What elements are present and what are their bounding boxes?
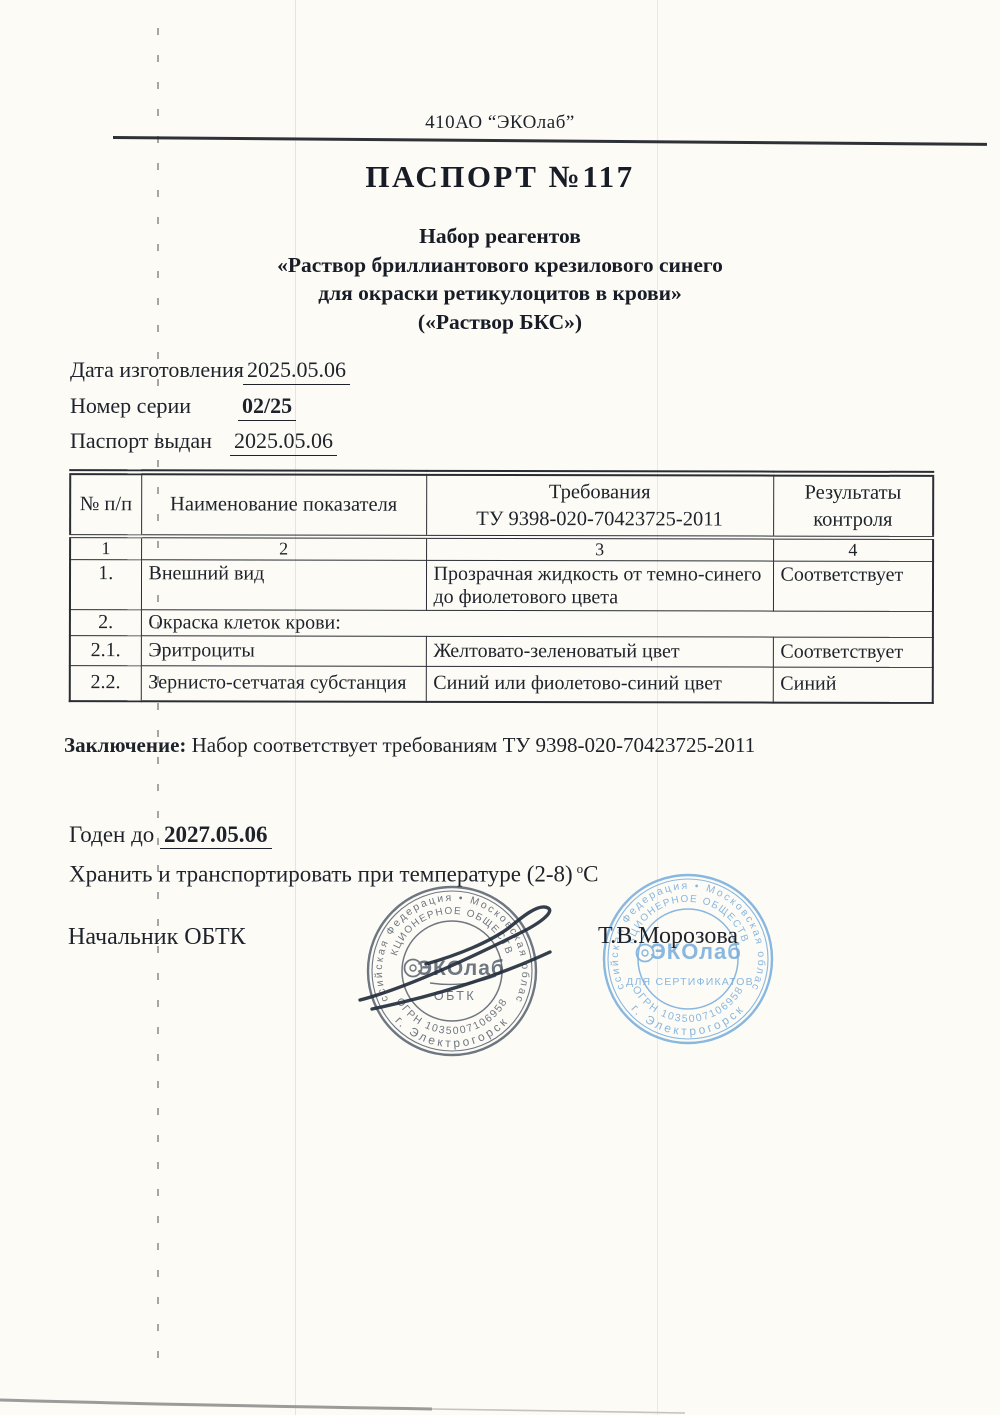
row-result: Синий <box>773 667 933 702</box>
conclusion-line: Заключение: Набор соответствует требован… <box>64 733 844 758</box>
subtitle-line-2: «Раствор бриллиантового крезилового сине… <box>0 251 1000 280</box>
paper-crease <box>295 0 296 1415</box>
storage-label: Хранить и транспортировать при температу… <box>69 862 521 887</box>
results-line-2: контроля <box>813 508 892 530</box>
table-row: 2.2. Зернисто-сетчатая субстанция Синий … <box>70 666 933 703</box>
page-title: ПАСПОРТ №117 <box>0 159 1000 195</box>
column-numbers-row: 1 2 3 4 <box>70 536 933 561</box>
col-number: 3 <box>426 537 773 561</box>
row-name: Внешний вид <box>141 560 426 611</box>
header-divider <box>113 136 987 146</box>
signoff-name: Т.В.Морозова <box>598 923 738 950</box>
passport-issued-label: Паспорт выдан <box>70 428 212 453</box>
row-name: Эритроциты <box>141 636 426 667</box>
paper-crease <box>657 0 658 1415</box>
row-result: Соответствует <box>773 561 933 611</box>
subtitle-line-1: Набор реагентов <box>0 222 1000 251</box>
signature <box>342 892 572 1022</box>
qc-table-wrap: № п/п Наименование показателя Требования… <box>69 469 933 703</box>
expiry-line: Годен до 2027.05.06 <box>69 822 272 848</box>
subtitle-line-4: («Раствор БКС») <box>0 308 1000 337</box>
certificates-round-stamp: Российская Федерация • Московская област… <box>593 864 783 1054</box>
col-number: 1 <box>70 536 141 560</box>
qc-table: № п/п Наименование показателя Требования… <box>69 469 934 703</box>
row-num: 2.1. <box>70 636 141 666</box>
org-header: 410АО “ЭКОлаб” <box>0 112 1000 134</box>
requirements-line-2: ТУ 9398-020-70423725-2011 <box>476 507 723 530</box>
scanned-passport-page: 410АО “ЭКОлаб” ПАСПОРТ №117 Набор реаген… <box>0 0 1000 1415</box>
series-number-value: 02/25 <box>238 393 296 421</box>
table-header-row: № п/п Наименование показателя Требования… <box>70 472 933 538</box>
requirements-line-1: Требования <box>549 481 651 503</box>
row-num: 1. <box>70 560 141 610</box>
scan-edge-line <box>0 1392 690 1415</box>
subtitle-line-3: для окраски ретикулоцитов в крови» <box>0 279 1000 308</box>
conclusion-text: Набор соответствует требованиям ТУ 9398-… <box>192 733 756 757</box>
header-cell-requirements: Требования ТУ 9398-020-70423725-2011 <box>426 473 773 538</box>
storage-unit: С <box>583 862 598 887</box>
signoff-position: Начальник ОБТК <box>68 924 246 951</box>
header-cell-num: № п/п <box>70 472 141 536</box>
conclusion-label: Заключение: <box>64 733 186 757</box>
table-row: 2. Окраска клеток крови: <box>70 610 933 638</box>
manufacture-date-value: 2025.05.06 <box>243 357 350 385</box>
document-subtitle: Набор реагентов «Раствор бриллиантового … <box>0 222 1000 336</box>
row-name: Зернисто-сетчатая субстанция <box>141 666 426 702</box>
storage-range: (2-8) <box>527 862 573 887</box>
row-name: Окраска клеток крови: <box>141 610 933 638</box>
expiry-label: Годен до <box>69 822 154 847</box>
row-requirement: Синий или фиолетово-синий цвет <box>426 666 773 702</box>
paper-fold-line <box>157 28 159 1358</box>
expiry-value: 2027.05.06 <box>160 822 272 849</box>
series-number-label: Номер серии <box>70 393 191 418</box>
stamp-certificates-text: ДЛЯ СЕРТИФИКАТОВ <box>626 976 754 988</box>
col-number: 2 <box>141 536 426 560</box>
col-number: 4 <box>773 538 933 562</box>
row-requirement: Прозрачная жидкость от темно-синего до ф… <box>426 560 773 611</box>
row-num: 2.2. <box>70 666 141 701</box>
field-manufacture-date: Дата изготовления 2025.05.06 <box>70 357 500 385</box>
header-cell-results: Результаты контроля <box>773 474 933 538</box>
results-line-1: Результаты <box>805 481 902 503</box>
table-row: 1. Внешний вид Прозрачная жидкость от те… <box>70 560 933 612</box>
field-series-number: Номер серии 02/25 <box>70 393 500 421</box>
row-num: 2. <box>70 610 141 636</box>
row-result: Соответствует <box>773 637 933 667</box>
field-passport-issued: Паспорт выдан 2025.05.06 <box>70 428 500 456</box>
table-row: 2.1. Эритроциты Желтовато-зеленоватый цв… <box>70 636 933 668</box>
header-cell-name: Наименование показателя <box>141 472 426 537</box>
row-requirement: Желтовато-зеленоватый цвет <box>426 636 773 667</box>
passport-issued-value: 2025.05.06 <box>230 428 337 456</box>
storage-line: Хранить и транспортировать при температу… <box>69 861 599 888</box>
